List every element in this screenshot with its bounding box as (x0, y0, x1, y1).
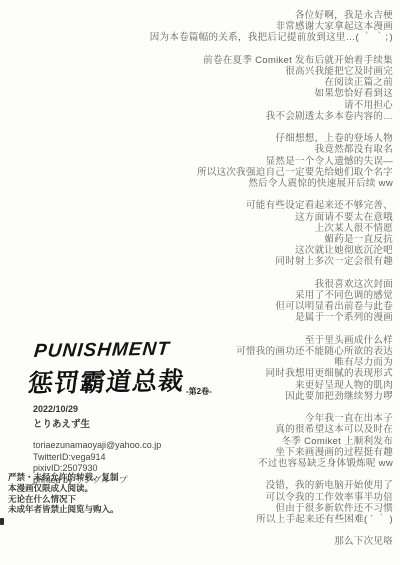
text-line: 同时射上多次一定会很有趣 (60, 256, 393, 267)
title-credits-block: PUNISHMENT 惩罚霸道总裁 -第2卷- 2022/10/29 とりあえず… (33, 341, 212, 486)
text-line: 非常感谢大家拿起这本漫画 (60, 21, 393, 32)
afterword-paragraph: 各位好啊，我是永吉梗非常感谢大家拿起这本漫画因为本卷篇幅的关系，我把后记提前放到… (60, 10, 393, 44)
text-line: 因为本卷篇幅的关系，我把后记提前放到这里…( ｀ ｀；) (60, 32, 393, 43)
text-line: 仔细想想，上卷的登场人物 (60, 133, 393, 144)
title-row: 惩罚霸道总裁 -第2卷- (26, 364, 212, 400)
text-line: 如果您恰好看到这 (60, 88, 393, 99)
text-line: 本漫画仅限成人阅读。 (8, 483, 119, 494)
age-warning: 严禁・未经允许的转载、复制本漫画仅限成人阅读。无论在什么情况下未成年者皆禁止阅览… (8, 472, 119, 515)
text-line: 这次就让她彻底沉沦吧 (60, 245, 393, 256)
text-line: 我竟然都没有取名 (60, 144, 393, 155)
text-line: TwitterID:vega914 (33, 452, 212, 464)
release-date: 2022/10/29 (33, 404, 212, 414)
text-line: 显然是一个令人遗憾的失误— (60, 156, 393, 167)
afterword-paragraph: 可能有些设定看起来还不够完善、这方面请不要太在意哦上次某人很不情愿媚药是一直反抗… (60, 200, 393, 267)
text-line: 各位好啊，我是永吉梗 (60, 10, 393, 21)
afterword-page: 各位好啊，我是永吉梗非常感谢大家拿起这本漫画因为本卷篇幅的关系，我把后记提前放到… (0, 0, 400, 565)
text-line: 在阅读正篇之前 (60, 77, 393, 88)
series-title: 惩罚霸道总裁 (26, 361, 187, 400)
text-line: 上次某人很不情愿 (60, 223, 393, 234)
scan-artifact (0, 518, 4, 525)
text-line: 但可以明显看出前卷与此卷 (60, 301, 393, 312)
afterword-paragraph: 前卷在夏季 Comiket 发布后就开始着手续集很高兴我能把它及时画完在阅读正篇… (60, 55, 393, 122)
afterword-paragraph: 仔细想想，上卷的登场人物我竟然都没有取名显然是一个令人遗憾的失误—所以这次我强迫… (60, 133, 393, 189)
text-line: 是属于一个系列的漫画 (60, 312, 393, 323)
text-line: 所以这次我强迫自己一定要先给她们取个名字 (60, 167, 393, 178)
text-line: 可能有些设定看起来还不够完善、 (60, 200, 393, 211)
text-line: 这方面请不要太在意哦 (60, 212, 393, 223)
text-line: 无论在什么情况下 (8, 494, 119, 505)
text-line: toriaezunamaoyaji@yahoo.co.jp (33, 440, 212, 452)
afterword-paragraph: 我很喜欢这次封面采用了不同色调的感觉但可以明显看出前卷与此卷是属于一个系列的漫画 (60, 279, 393, 324)
text-line: 很高兴我能把它及时画完 (60, 66, 393, 77)
text-line: 采用了不同色调的感觉 (60, 290, 393, 301)
text-line: 然后令人震惊的快速展开后续 ww (60, 178, 393, 189)
text-line: 未成年者皆禁止阅览与购入。 (8, 504, 119, 515)
text-line: 前卷在夏季 Comiket 发布后就开始着手续集 (60, 55, 393, 66)
text-line: 我不会剧透太多本卷内容的… (60, 111, 393, 122)
text-line: 请不用担心 (60, 100, 393, 111)
text-line: 所以上手起来还有些困难( ´ ｀ ) (60, 514, 393, 525)
text-line: 严禁・未经允许的转载、复制 (8, 472, 119, 483)
text-line: 媚药是一直反抗 (60, 234, 393, 245)
text-line: 我很喜欢这次封面 (60, 279, 393, 290)
logo-punishment: PUNISHMENT (33, 338, 214, 363)
afterword-paragraph: 那么下次见咯 (60, 536, 393, 547)
text-line: 那么下次见咯 (60, 536, 393, 547)
circle-name: とりあえず生 (33, 416, 212, 430)
volume-label: -第2卷- (186, 386, 212, 397)
